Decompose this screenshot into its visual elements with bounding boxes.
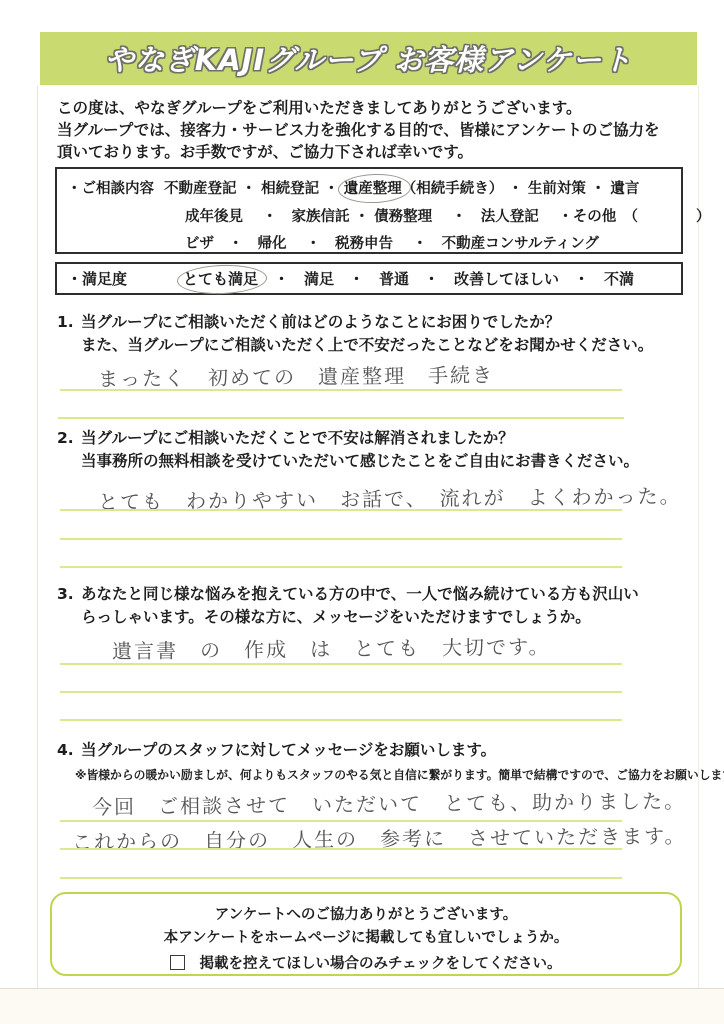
pencil-circle-mark-icon: [177, 263, 268, 295]
footer-box: アンケートへのご協力ありがとうございます。 本アンケートをホームページに掲載して…: [50, 892, 682, 976]
optout-checkbox-label: 掲載を控えてほしい場合のみチェックをしてください。: [199, 952, 561, 973]
consultation-row-1: ・ご相談内容不動産登記 ・ 相続登記 ・ 遺産整理 （相続手続き） ・ 生前対策…: [67, 177, 639, 198]
optout-checkbox[interactable]: [170, 955, 185, 970]
consultation-options-pre: 不動産登記 ・ 相続登記 ・: [164, 181, 339, 197]
answer-rule-line: [60, 848, 622, 850]
question-4-line-1: 当グループのスタッフに対してメッセージをお願いします。: [81, 739, 496, 762]
question-3-number: 3.: [57, 583, 81, 629]
consultation-row-2: 成年後見 ・ 家族信託 ・ 債務整理 ・ 法人登記 ・その他 （ ）: [185, 205, 711, 226]
question-2-text: 当グループにご相談いただくことで不安は解消されましたか？ 当事務所の無料相談を受…: [81, 427, 639, 473]
question-2-line-1: 当グループにご相談いただくことで不安は解消されましたか？: [81, 427, 639, 450]
question-2-line-2: 当事務所の無料相談を受けていただいて感じたことをご自由にお書きください。: [81, 450, 639, 473]
question-1-text: 当グループにご相談いただく前はどのようなことにお困りでしたか？ また、当グループ…: [81, 311, 653, 357]
answer-rule-line: [60, 877, 622, 879]
answer-rule-line: [60, 509, 622, 511]
header-band: やなぎKAJIグループ お客様アンケート: [40, 32, 697, 85]
question-4: 4. 当グループのスタッフに対してメッセージをお願いします。: [57, 739, 496, 762]
answer-rule-line: [58, 417, 624, 419]
answer-1-handwriting: まったく 初めての 遺産整理 手続き: [98, 359, 494, 392]
answer-rule-line: [60, 389, 622, 391]
satisfaction-label: ・満足度: [67, 268, 127, 289]
answer-rule-line: [60, 566, 622, 568]
question-1-line-1: 当グループにご相談いただく前はどのようなことにお困りでしたか？: [81, 311, 653, 334]
intro-line-3: 頂いております。お手数ですが、ご協力下されば幸いです。: [57, 141, 660, 163]
question-2: 2. 当グループにご相談いただくことで不安は解消されましたか？ 当事務所の無料相…: [57, 427, 639, 473]
consultation-row-3: ビザ ・ 帰化 ・ 税務申告 ・ 不動産コンサルティング: [185, 232, 599, 253]
page-title: やなぎKAJIグループ お客様アンケート: [105, 38, 633, 79]
answer-rule-line: [60, 663, 622, 665]
answer-rule-line: [60, 538, 622, 540]
answer-rule-line: [60, 691, 622, 693]
consultation-options-post: （相続手続き） ・ 生前対策 ・ 遺言: [402, 181, 640, 197]
question-3-text: あなたと同じ様な悩みを抱えている方の中で、一人で悩み続けている方も沢山い らっし…: [81, 583, 639, 629]
question-3-line-1: あなたと同じ様な悩みを抱えている方の中で、一人で悩み続けている方も沢山い: [81, 583, 639, 606]
footer-optout-row: 掲載を控えてほしい場合のみチェックをしてください。: [52, 952, 680, 973]
paper-bottom-edge: [0, 988, 724, 989]
answer-3-handwriting: 遺言書 の 作成 は とても 大切です。: [112, 631, 551, 665]
paper-left-edge: [37, 86, 38, 988]
survey-scan-page: やなぎKAJIグループ お客様アンケート この度は、やなぎグループをご利用いただ…: [0, 0, 724, 1024]
answer-4-handwriting-line-1: 今回 ご相談させて いただいて とても、助かりました。: [92, 785, 686, 820]
question-1: 1. 当グループにご相談いただく前はどのようなことにお困りでしたか？ また、当グ…: [57, 311, 653, 357]
pencil-circle-mark-icon: [337, 173, 411, 205]
footer-thanks: アンケートへのご協力ありがとうございます。: [52, 903, 680, 924]
intro-line-1: この度は、やなぎグループをご利用いただきましてありがとうございます。: [57, 97, 660, 119]
consultation-label: ・ご相談内容: [67, 181, 154, 197]
circled-option-isan-seiri: 遺産整理: [344, 177, 402, 198]
question-3-line-2: らっしゃいます。その様な方に、メッセージをいただけますでしょうか。: [81, 606, 639, 629]
intro-line-2: 当グループでは、接客力・サービス力を強化する目的で、皆様にアンケートのご協力を: [57, 119, 660, 141]
circled-satisfaction-totemo-manzoku: とても満足: [183, 268, 258, 289]
answer-rule-line: [60, 719, 622, 721]
question-4-number: 4.: [57, 739, 81, 762]
question-4-note: ※皆様からの暖かい励ましが、何よりもスタッフのやる気と自信に繋がります。簡単で結…: [75, 766, 724, 783]
question-2-number: 2.: [57, 427, 81, 473]
question-1-number: 1.: [57, 311, 81, 357]
question-4-text: 当グループのスタッフに対してメッセージをお願いします。: [81, 739, 496, 762]
question-1-line-2: また、当グループにご相談いただく上で不安だったことなどをお聞かせください。: [81, 334, 653, 357]
satisfaction-options: ・ 満足 ・ 普通 ・ 改善してほしい ・ 不満: [274, 268, 634, 289]
intro-text: この度は、やなぎグループをご利用いただきましてありがとうございます。 当グループ…: [57, 97, 660, 163]
footer-permission-question: 本アンケートをホームページに掲載しても宜しいでしょうか。: [52, 926, 680, 947]
consultation-content-box: ・ご相談内容不動産登記 ・ 相続登記 ・ 遺産整理 （相続手続き） ・ 生前対策…: [55, 167, 683, 254]
paper-bottom-area: [0, 989, 724, 1024]
question-3: 3. あなたと同じ様な悩みを抱えている方の中で、一人で悩み続けている方も沢山い …: [57, 583, 639, 629]
satisfaction-box: ・満足度 とても満足 ・ 満足 ・ 普通 ・ 改善してほしい ・ 不満: [55, 262, 683, 295]
